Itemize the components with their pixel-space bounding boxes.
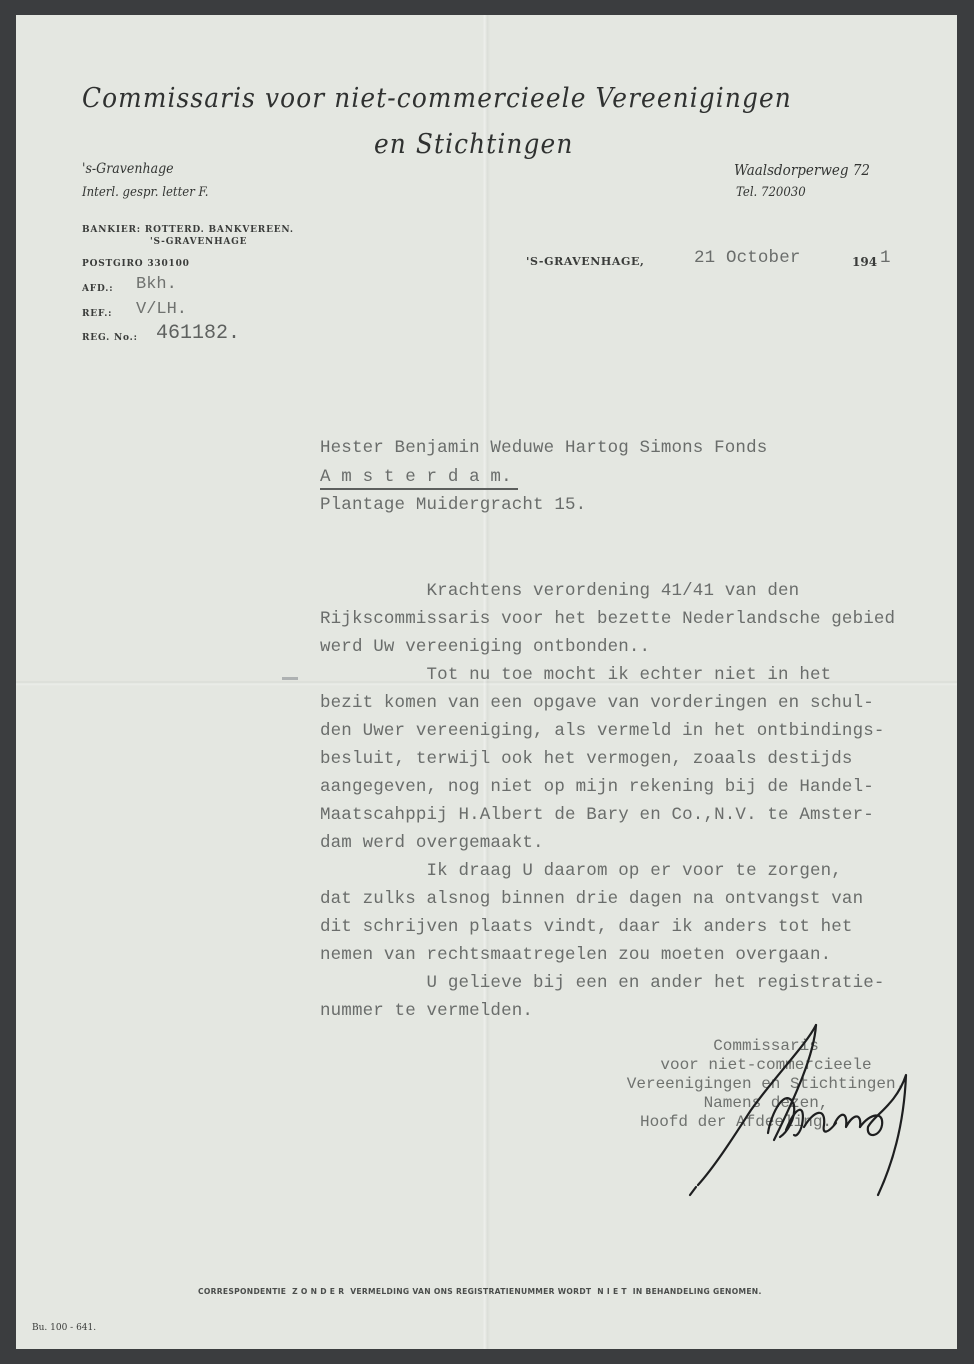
body-line: Tot nu toe mocht ik echter niet in het [320,665,831,685]
letterhead-title-line2: en Stichtingen [374,129,573,160]
recipient-street: Plantage Muidergracht 15. [320,495,586,515]
letterhead-phone-note: Interl. gespr. letter F. [82,185,209,200]
recipient-city: A m s t e r d a m. [320,467,512,487]
afd-label: AFD.: [82,284,113,294]
body-line: Rijkscommissaris voor het bezette Nederl… [320,609,895,629]
body-line: bezit komen van een opgave van vordering… [320,693,874,713]
form-number: Bu. 100 - 641. [32,1323,96,1333]
recipient-city-underline [320,488,518,490]
body-line: aangegeven, nog niet op mijn rekening bi… [320,777,874,797]
letterhead-title-line1: Commissaris voor niet-commercieele Veree… [82,83,792,114]
afd-value: Bkh. [136,275,177,294]
reg-value: 461182. [156,322,240,345]
bank-line1: BANKIER: ROTTERD. BANKVEREEN. [82,225,294,235]
dateline-place: 'S-GRAVENHAGE, [526,255,644,268]
body-line: Ik draag U daarom op er voor te zorgen, [320,861,842,881]
ref-label: REF.: [82,309,112,319]
reg-label: REG. No.: [82,333,138,343]
body-line: nemen van rechtsmaatregelen zou moeten o… [320,945,831,965]
letter-page: Commissaris voor niet-commercieele Veree… [16,15,957,1349]
letterhead-address: Waalsdorperweg 72 [734,161,870,179]
bank-line2: 'S-GRAVENHAGE [150,237,247,247]
body-line: den Uwer vereeniging, als vermeld in het… [320,721,885,741]
handwritten-signature [656,1015,916,1215]
body-line: U gelieve bij een en ander het registrat… [320,973,885,993]
recipient-name: Hester Benjamin Weduwe Hartog Simons Fon… [320,438,767,458]
body-line: dat zulks alsnog binnen drie dagen na on… [320,889,863,909]
letterhead-telephone: Tel. 720030 [736,185,806,200]
footer-notice: CORRESPONDENTIE Z O N D E R VERMELDING V… [198,1287,762,1296]
dateline-day-month: 21 October [694,248,801,268]
body-line: Krachtens verordening 41/41 van den [320,581,799,601]
body-line: werd Uw vereeniging ontbonden.. [320,637,650,657]
letterhead-city: 's-Gravenhage [82,161,174,177]
body-line: Maatscahppij H.Albert de Bary en Co.,N.V… [320,805,874,825]
body-line: besluit, terwijl ook het vermogen, zoaal… [320,749,853,769]
body-line: dit schrijven plaats vindt, daar ik ande… [320,917,853,937]
dateline-year-prefix: 194 [852,255,877,269]
postgiro: POSTGIRO 330100 [82,259,190,269]
body-line: dam werd overgemaakt. [320,833,544,853]
fold-mark [282,677,298,680]
body-line: nummer te vermelden. [320,1001,533,1021]
dateline-year-suffix: 1 [880,248,891,268]
ref-value: V/LH. [136,300,187,319]
